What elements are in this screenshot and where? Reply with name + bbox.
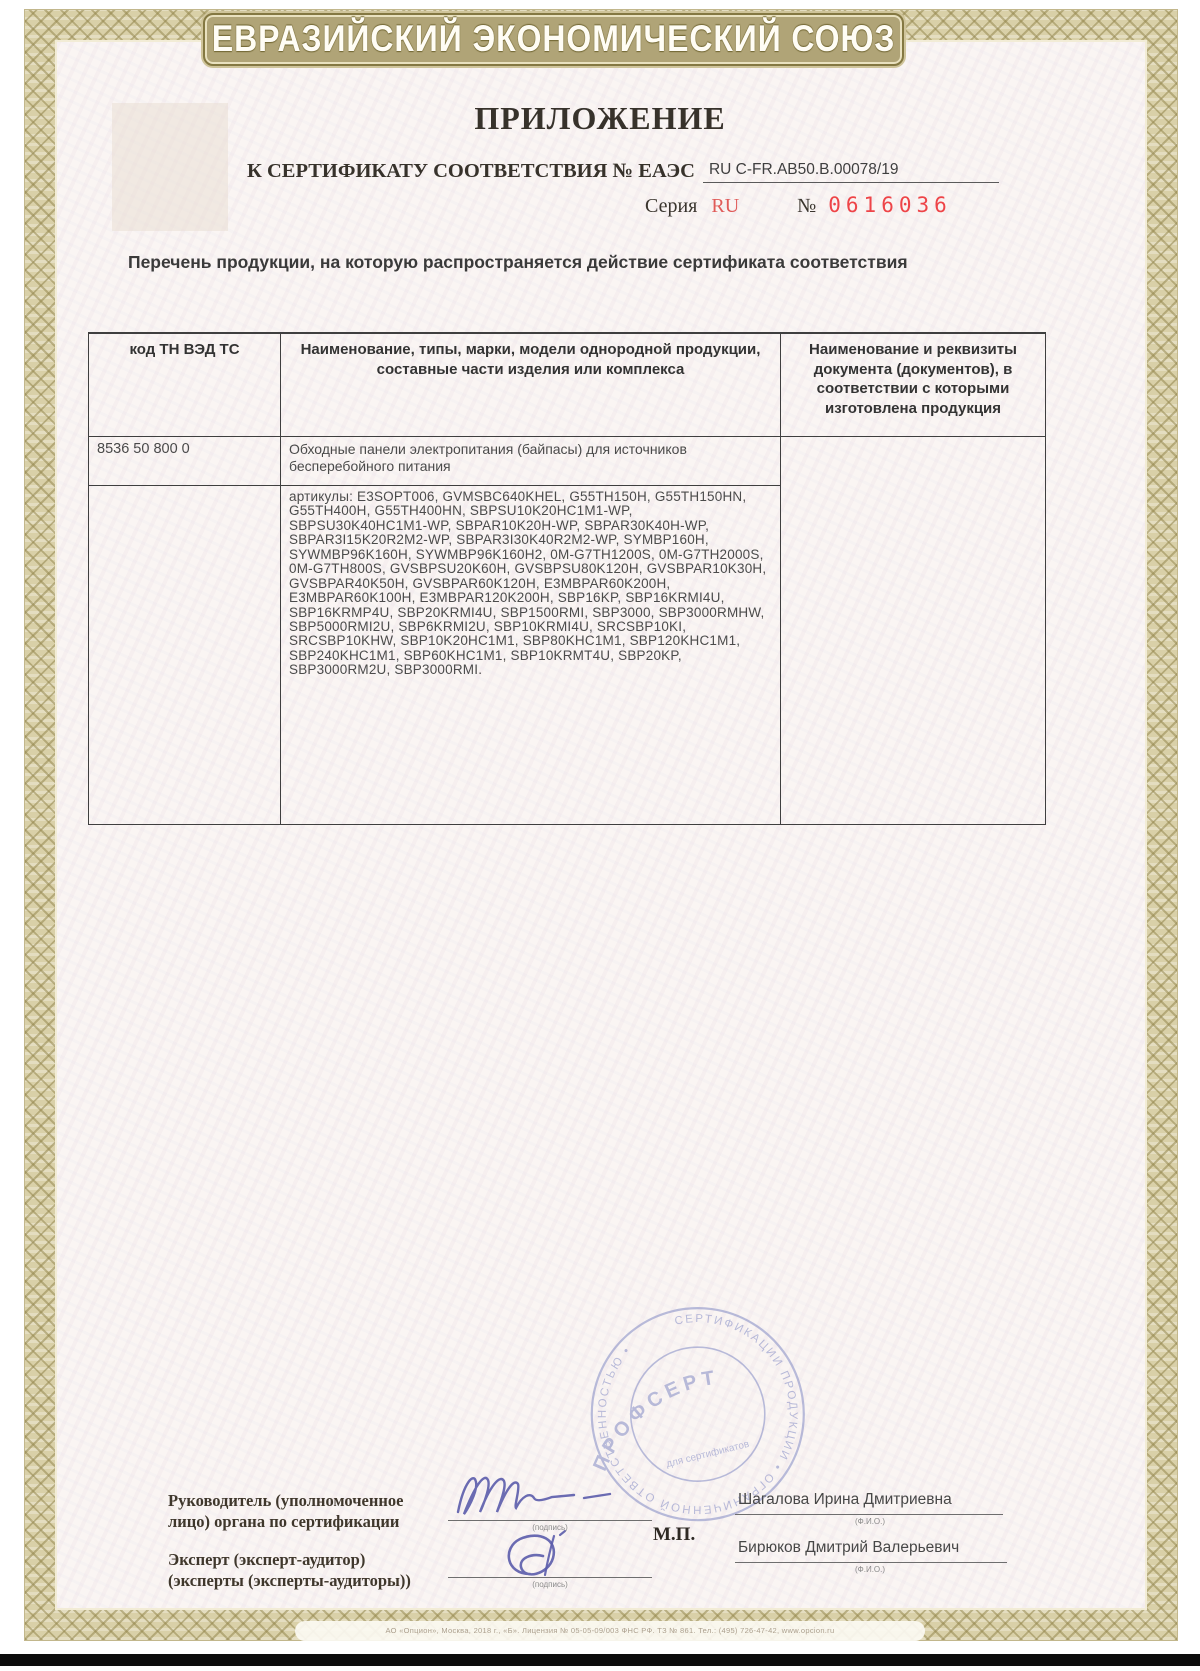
- page-title: ПРИЛОЖЕНИЕ: [0, 100, 1200, 137]
- number-sign: №: [797, 195, 816, 217]
- certificate-page: ЕВРАЗИЙСКИЙ ЭКОНОМИЧЕСКИЙ СОЮЗ ПРИЛОЖЕНИ…: [0, 0, 1200, 1671]
- series-line: СерияRU№0616036: [645, 193, 952, 218]
- signature-handwriting-expert: [496, 1528, 631, 1583]
- table-row: 8536 50 800 0 Обходные панели электропит…: [89, 437, 1046, 486]
- series-value: RU: [711, 195, 739, 217]
- cell-article-list: артикулы: E3SOPT006, GVMSBC640KHEL, G55T…: [281, 486, 781, 825]
- col-header-doc: Наименование и реквизиты документа (доку…: [781, 333, 1046, 437]
- blank-number: 0616036: [828, 193, 952, 217]
- signature-caption: (подпись): [495, 1523, 605, 1532]
- certificate-line-label: К СЕРТИФИКАТУ СООТВЕТСТВИЯ № ЕАЭС: [247, 160, 695, 182]
- fio-caption: (Ф.И.О.): [800, 1517, 940, 1526]
- fio-caption: (Ф.И.О.): [800, 1565, 940, 1574]
- table-row: артикулы: E3SOPT006, GVMSBC640KHEL, G55T…: [89, 486, 1046, 825]
- col-header-code: код ТН ВЭД ТС: [89, 333, 281, 437]
- seal-place-mark: М.П.: [653, 1524, 695, 1546]
- head-name: Шагалова Ирина Дмитриевна: [738, 1491, 952, 1509]
- product-list-intro: Перечень продукции, на которую распростр…: [128, 250, 978, 275]
- cell-code-empty: [89, 486, 281, 825]
- col-header-name: Наименование, типы, марки, модели одноро…: [281, 333, 781, 437]
- name-line-expert: [735, 1562, 1007, 1563]
- scan-edge-bar: [0, 1654, 1200, 1666]
- eaeu-banner: ЕВРАЗИЙСКИЙ ЭКОНОМИЧЕСКИЙ СОЮЗ: [203, 13, 904, 66]
- expert-name: Бирюков Дмитрий Валерьевич: [738, 1539, 959, 1557]
- stamp-center-text: для сертификатов: [665, 1438, 750, 1470]
- products-table: код ТН ВЭД ТС Наименование, типы, марки,…: [88, 332, 1046, 825]
- certificate-line: К СЕРТИФИКАТУ СООТВЕТСТВИЯ № ЕАЭСRU C-FR…: [247, 160, 1047, 183]
- cell-tnved-code: 8536 50 800 0: [89, 437, 281, 486]
- cell-doc-empty: [781, 486, 1046, 825]
- eaeu-banner-title: ЕВРАЗИЙСКИЙ ЭКОНОМИЧЕСКИЙ СОЮЗ: [212, 18, 896, 60]
- head-signature-label: Руководитель (уполномоченное лицо) орган…: [168, 1490, 440, 1533]
- table-header-row: код ТН ВЭД ТС Наименование, типы, марки,…: [89, 333, 1046, 437]
- signature-line-expert: [448, 1577, 652, 1578]
- cell-product-name: Обходные панели электропитания (байпасы)…: [281, 437, 781, 486]
- expert-signature-label: Эксперт (эксперт-аудитор) (эксперты (экс…: [168, 1549, 426, 1592]
- cell-doc-empty: [781, 437, 1046, 486]
- signature-caption: (подпись): [495, 1580, 605, 1589]
- name-line-head: [735, 1514, 1003, 1515]
- printer-imprint: АО «Опцион», Москва, 2018 г., «Б». Лицен…: [295, 1621, 925, 1641]
- certificate-number: RU C-FR.AB50.B.00078/19: [703, 161, 999, 183]
- signature-handwriting-head: [448, 1466, 663, 1524]
- signature-line-head: [448, 1520, 652, 1521]
- series-label: Серия: [645, 195, 697, 217]
